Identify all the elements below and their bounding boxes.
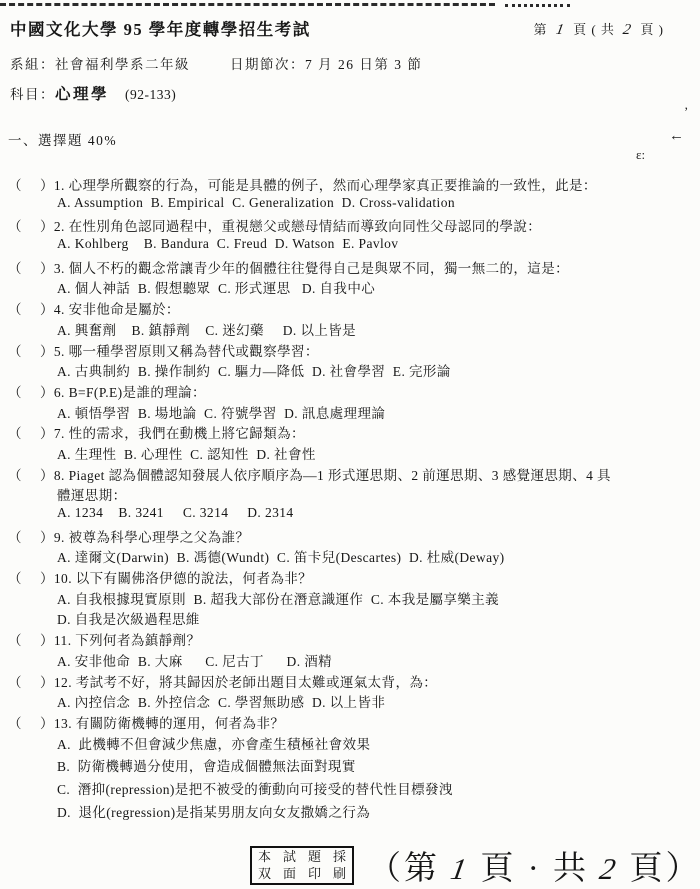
question: （）9. 被尊為科學心理學之父為誰？A. 達爾文(Darwin) B. 馮德(W…: [8, 526, 700, 567]
question: （）2. 在性別角色認同過程中，重視戀父或戀母情結而導致向同性父母認同的學說：A…: [8, 215, 700, 256]
answer-blank-paren: （: [8, 567, 22, 587]
answer-blank-paren: （: [8, 526, 22, 546]
question-line: A. 古典制約 B. 操作制約 C. 驅力—降低 D. 社會學習 E. 完形論: [8, 360, 700, 381]
note-mid: 頁 · 共: [469, 851, 600, 887]
question: （）7. 性的需求，我們在動機上將它歸類為：A. 生理性 B. 心理性 C. 認…: [8, 422, 700, 463]
pen-mark: ε:: [636, 147, 645, 163]
date-session-field: 日期節次：7 月 26 日第 3 節: [230, 53, 422, 73]
question: （）12. 考試考不好，將其歸因於老師出題目太難或運氣太背，為：A. 內控信念 …: [8, 671, 700, 712]
answer-blank-paren: （: [8, 712, 22, 732]
subject-code: (92-133): [125, 87, 176, 102]
pen-mark-arrow: ←: [669, 128, 684, 145]
answer-blank-paren: （: [8, 381, 22, 401]
question: （）13. 有關防衛機轉的運用，何者為非？A. 此機轉不但會減少焦慮，亦會產生積…: [8, 712, 700, 824]
question-stem-text: ）12. 考試考不好，將其歸因於老師出題目太難或運氣太背，為：: [40, 675, 437, 690]
question: （）4. 安非他命是屬於：A. 興奮劑 B. 鎮靜劑 C. 迷幻藥 D. 以上皆…: [8, 298, 700, 339]
scan-dash-line: [0, 3, 495, 6]
answer-blank-paren: （: [8, 174, 22, 194]
question: （）1. 心理學所觀察的行為，可能是具體的例子，然而心理學家真正要推論的一致性，…: [8, 174, 700, 215]
question-line: A. 自我根據現實原則 B. 超我大部份在潛意識運作 C. 本我是屬享樂主義: [8, 588, 700, 609]
question-line: （）13. 有關防衛機轉的運用，何者為非？: [8, 712, 700, 733]
duplex-print-stamp: 本試題採 双面印刷: [250, 846, 354, 885]
question-stem-text: ）7. 性的需求，我們在動機上將它歸類為：: [40, 426, 305, 441]
note-open: （第: [368, 851, 451, 887]
question-line: （）11. 下列何者為鎮靜劑？: [8, 629, 700, 650]
answer-blank-paren: （: [8, 340, 22, 360]
exam-title: 中國文化大學 95 學年度轉學招生考試: [10, 16, 311, 40]
question-line: A. 興奮劑 B. 鎮靜劑 C. 迷幻藥 D. 以上皆是: [8, 319, 700, 340]
department-field: 系組：社會福利學系二年級: [10, 53, 190, 73]
question-stem-text: ）10. 以下有關佛洛伊德的說法，何者為非？: [40, 571, 312, 586]
question-line: A. 頓悟學習 B. 場地論 C. 符號學習 D. 訊息處理理論: [8, 402, 700, 423]
question-stem-text: ）11. 下列何者為鎮靜劑？: [40, 633, 200, 648]
question-stem-text: ）5. 哪一種學習原則又稱為替代或觀察學習：: [40, 344, 319, 359]
question-stem-text: ）8. Piaget 認為個體認知發展人依序順序為—1 形式運思期、2 前運思期…: [40, 468, 611, 483]
question-list: （）1. 心理學所觀察的行為，可能是具體的例子，然而心理學家真正要推論的一致性，…: [0, 174, 700, 824]
question-stem-text: ）4. 安非他命是屬於：: [40, 302, 180, 317]
question-line: A. 個人神話 B. 假想聽眾 C. 形式運思 D. 自我中心: [8, 277, 700, 298]
question-line: D. 退化(regression)是指某男朋友向女友撒嬌之行為: [8, 801, 700, 824]
question-stem-text: ）6. B=F(P.E)是誰的理論：: [40, 385, 206, 400]
exam-page: 中國文化大學 95 學年度轉學招生考試 第 1 頁 ( 共 2 頁 ) 系組：社…: [0, 0, 700, 889]
section-title: 一、選擇題 40%: [8, 129, 700, 149]
answer-blank-paren: （: [8, 464, 22, 484]
question-stem-text: ）2. 在性別角色認同過程中，重視戀父或戀母情結而導致向同性父母認同的學說：: [40, 219, 541, 234]
question-line: （）3. 個人不朽的觀念常讓青少年的個體往往覺得自己是與眾不同，獨一無二的，這是…: [8, 257, 700, 278]
question: （）10. 以下有關佛洛伊德的說法，何者為非？A. 自我根據現實原則 B. 超我…: [8, 567, 700, 629]
question-line: A. 安非他命 B. 大麻 C. 尼古丁 D. 酒精: [8, 650, 700, 671]
answer-blank-paren: （: [8, 422, 22, 442]
question-line: A. 生理性 B. 心理性 C. 認知性 D. 社會性: [8, 443, 700, 464]
header: 中國文化大學 95 學年度轉學招生考試 第 1 頁 ( 共 2 頁 ) 系組：社…: [0, 0, 700, 104]
question-line: （）8. Piaget 認為個體認知發展人依序順序為—1 形式運思期、2 前運思…: [8, 464, 700, 485]
question-line: C. 潛抑(repression)是把不被受的衝動向可接受的替代性目標發洩: [8, 778, 700, 801]
answer-blank-paren: （: [8, 629, 22, 649]
question-stem-text: ）1. 心理學所觀察的行為，可能是具體的例子，然而心理學家真正要推論的一致性，此…: [40, 178, 597, 193]
question-line: （）5. 哪一種學習原則又稱為替代或觀察學習：: [8, 340, 700, 361]
question-line: （）9. 被尊為科學心理學之父為誰？: [8, 526, 700, 547]
question-line: D. 自我是次級過程思維: [8, 608, 700, 629]
question: （）11. 下列何者為鎮靜劑？A. 安非他命 B. 大麻 C. 尼古丁 D. 酒…: [8, 629, 700, 670]
stamp-line-1: 本試題採: [258, 849, 358, 866]
question-line: （）12. 考試考不好，將其歸因於老師出題目太難或運氣太背，為：: [8, 671, 700, 692]
answer-blank-paren: （: [8, 257, 22, 277]
question-stem-text: ）13. 有關防衛機轉的運用，何者為非？: [40, 716, 284, 731]
question-line: A. 1234 B. 3241 C. 3214 D. 2314: [8, 505, 700, 526]
question: （）3. 個人不朽的觀念常讓青少年的個體往往覺得自己是與眾不同，獨一無二的，這是…: [8, 257, 700, 298]
answer-blank-paren: （: [8, 671, 22, 691]
question-line: （）10. 以下有關佛洛伊德的說法，何者為非？: [8, 567, 700, 588]
question-line: A. 內控信念 B. 外控信念 C. 學習無助感 D. 以上皆非: [8, 691, 700, 712]
question-stem-text: ）3. 個人不朽的觀念常讓青少年的個體往往覺得自己是與眾不同，獨一無二的，這是：: [40, 261, 569, 276]
footer: 本試題採 双面印刷 （第 1 頁 · 共 2 頁）: [0, 842, 700, 889]
question-line: A. 達爾文(Darwin) B. 馮德(Wundt) C. 笛卡兒(Desca…: [8, 546, 700, 567]
page-field-mid: 頁 ( 共: [565, 22, 624, 37]
question-line: （）7. 性的需求，我們在動機上將它歸類為：: [8, 422, 700, 443]
question-line: A. 此機轉不但會減少焦慮，亦會產生積極社會效果: [8, 733, 700, 756]
answer-blank-paren: （: [8, 298, 22, 318]
question-line: A. Kohlberg B. Bandura C. Freud D. Watso…: [8, 236, 700, 257]
stamp-line-2: 双面印刷: [258, 866, 358, 883]
note-close: 頁）: [618, 851, 700, 887]
question-line: （）2. 在性別角色認同過程中，重視戀父或戀母情結而導致向同性父母認同的學說：: [8, 215, 700, 236]
question-line: （）4. 安非他命是屬於：: [8, 298, 700, 319]
scan-dash-line-2: [505, 4, 570, 7]
question-line: （）1. 心理學所觀察的行為，可能是具體的例子，然而心理學家真正要推論的一致性，…: [8, 174, 700, 195]
question-line: 體運思期：: [8, 484, 700, 505]
question-line: （）6. B=F(P.E)是誰的理論：: [8, 381, 700, 402]
question: （）5. 哪一種學習原則又稱為替代或觀察學習：A. 古典制約 B. 操作制約 C…: [8, 340, 700, 381]
question-stem-text: ）9. 被尊為科學心理學之父為誰？: [40, 530, 249, 545]
subject-name: 心理學: [55, 86, 109, 103]
question-line: A. Assumption B. Empirical C. Generaliza…: [8, 195, 700, 216]
page-field-prefix: 第: [534, 22, 557, 37]
page-field-suffix: 頁 ): [632, 22, 664, 37]
page-number-field: 第 1 頁 ( 共 2 頁 ): [534, 19, 664, 39]
handwritten-page-note: （第 1 頁 · 共 2 頁）: [368, 842, 700, 889]
subject-label: 科目：: [10, 87, 55, 102]
question: （）8. Piaget 認為個體認知發展人依序順序為—1 形式運思期、2 前運思…: [8, 464, 700, 526]
question-line: B. 防衛機轉過分使用，會造成個體無法面對現實: [8, 755, 700, 778]
question: （）6. B=F(P.E)是誰的理論：A. 頓悟學習 B. 場地論 C. 符號學…: [8, 381, 700, 422]
pen-mark: ’: [684, 104, 688, 120]
answer-blank-paren: （: [8, 215, 22, 235]
